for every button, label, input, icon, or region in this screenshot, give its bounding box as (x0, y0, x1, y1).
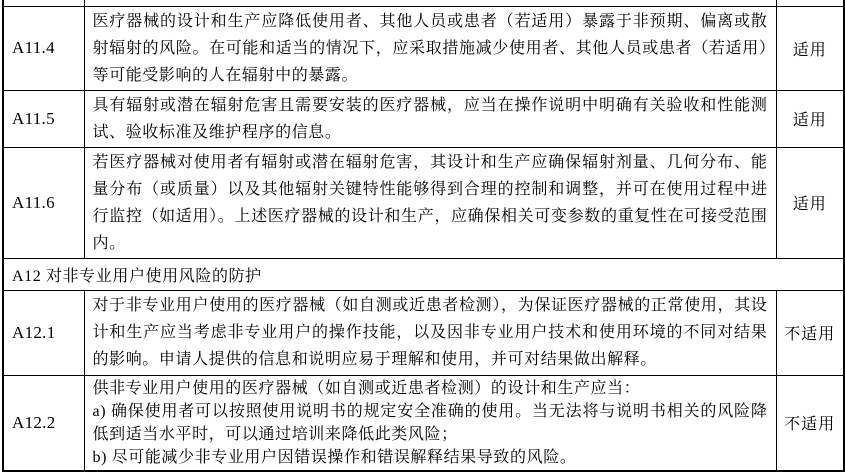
item-status: 适用 (776, 90, 844, 147)
item-status: 不适用 (776, 290, 844, 375)
item-description: 具有辐射或潜在辐射危害且需要安装的医疗器械，应当在操作说明中明确有关验收和性能测… (84, 90, 776, 147)
table-row: A11.5 具有辐射或潜在辐射危害且需要安装的医疗器械，应当在操作说明中明确有关… (3, 90, 844, 147)
item-code: A12.2 (3, 375, 84, 471)
item-description: 若医疗器械对使用者有辐射或潜在辐射危害，其设计和生产应确保辐射剂量、几何分布、能… (84, 147, 776, 258)
item-description: 供非专业用户使用的医疗器械（如自测或近患者检测）的设计和生产应当： a) 确保使… (84, 375, 776, 471)
section-title: A12 对非专业用户使用风险的防护 (3, 258, 844, 290)
item-code: A11.5 (3, 90, 84, 147)
requirements-table: A11.4 医疗器械的设计和生产应降低使用者、其他人员或患者（若适用）暴露于非预… (2, 0, 845, 472)
item-description: 对于非专业用户使用的医疗器械（如自测或近患者检测），为保证医疗器械的正常使用，其… (84, 290, 776, 375)
item-description: 医疗器械的设计和生产应降低使用者、其他人员或患者（若适用）暴露于非预期、偏离或散… (84, 6, 776, 90)
section-header-row: A12 对非专业用户使用风险的防护 (3, 258, 844, 290)
table-row: A12.2 供非专业用户使用的医疗器械（如自测或近患者检测）的设计和生产应当： … (3, 375, 844, 471)
table-row: A11.6 若医疗器械对使用者有辐射或潜在辐射危害，其设计和生产应确保辐射剂量、… (3, 147, 844, 258)
table-row: A12.1 对于非专业用户使用的医疗器械（如自测或近患者检测），为保证医疗器械的… (3, 290, 844, 375)
item-status: 不适用 (776, 375, 844, 471)
table-row: A11.4 医疗器械的设计和生产应降低使用者、其他人员或患者（若适用）暴露于非预… (3, 6, 844, 90)
item-code: A11.6 (3, 147, 84, 258)
item-code: A12.1 (3, 290, 84, 375)
item-status: 适用 (776, 147, 844, 258)
item-status: 适用 (776, 6, 844, 90)
item-code: A11.4 (3, 6, 84, 90)
